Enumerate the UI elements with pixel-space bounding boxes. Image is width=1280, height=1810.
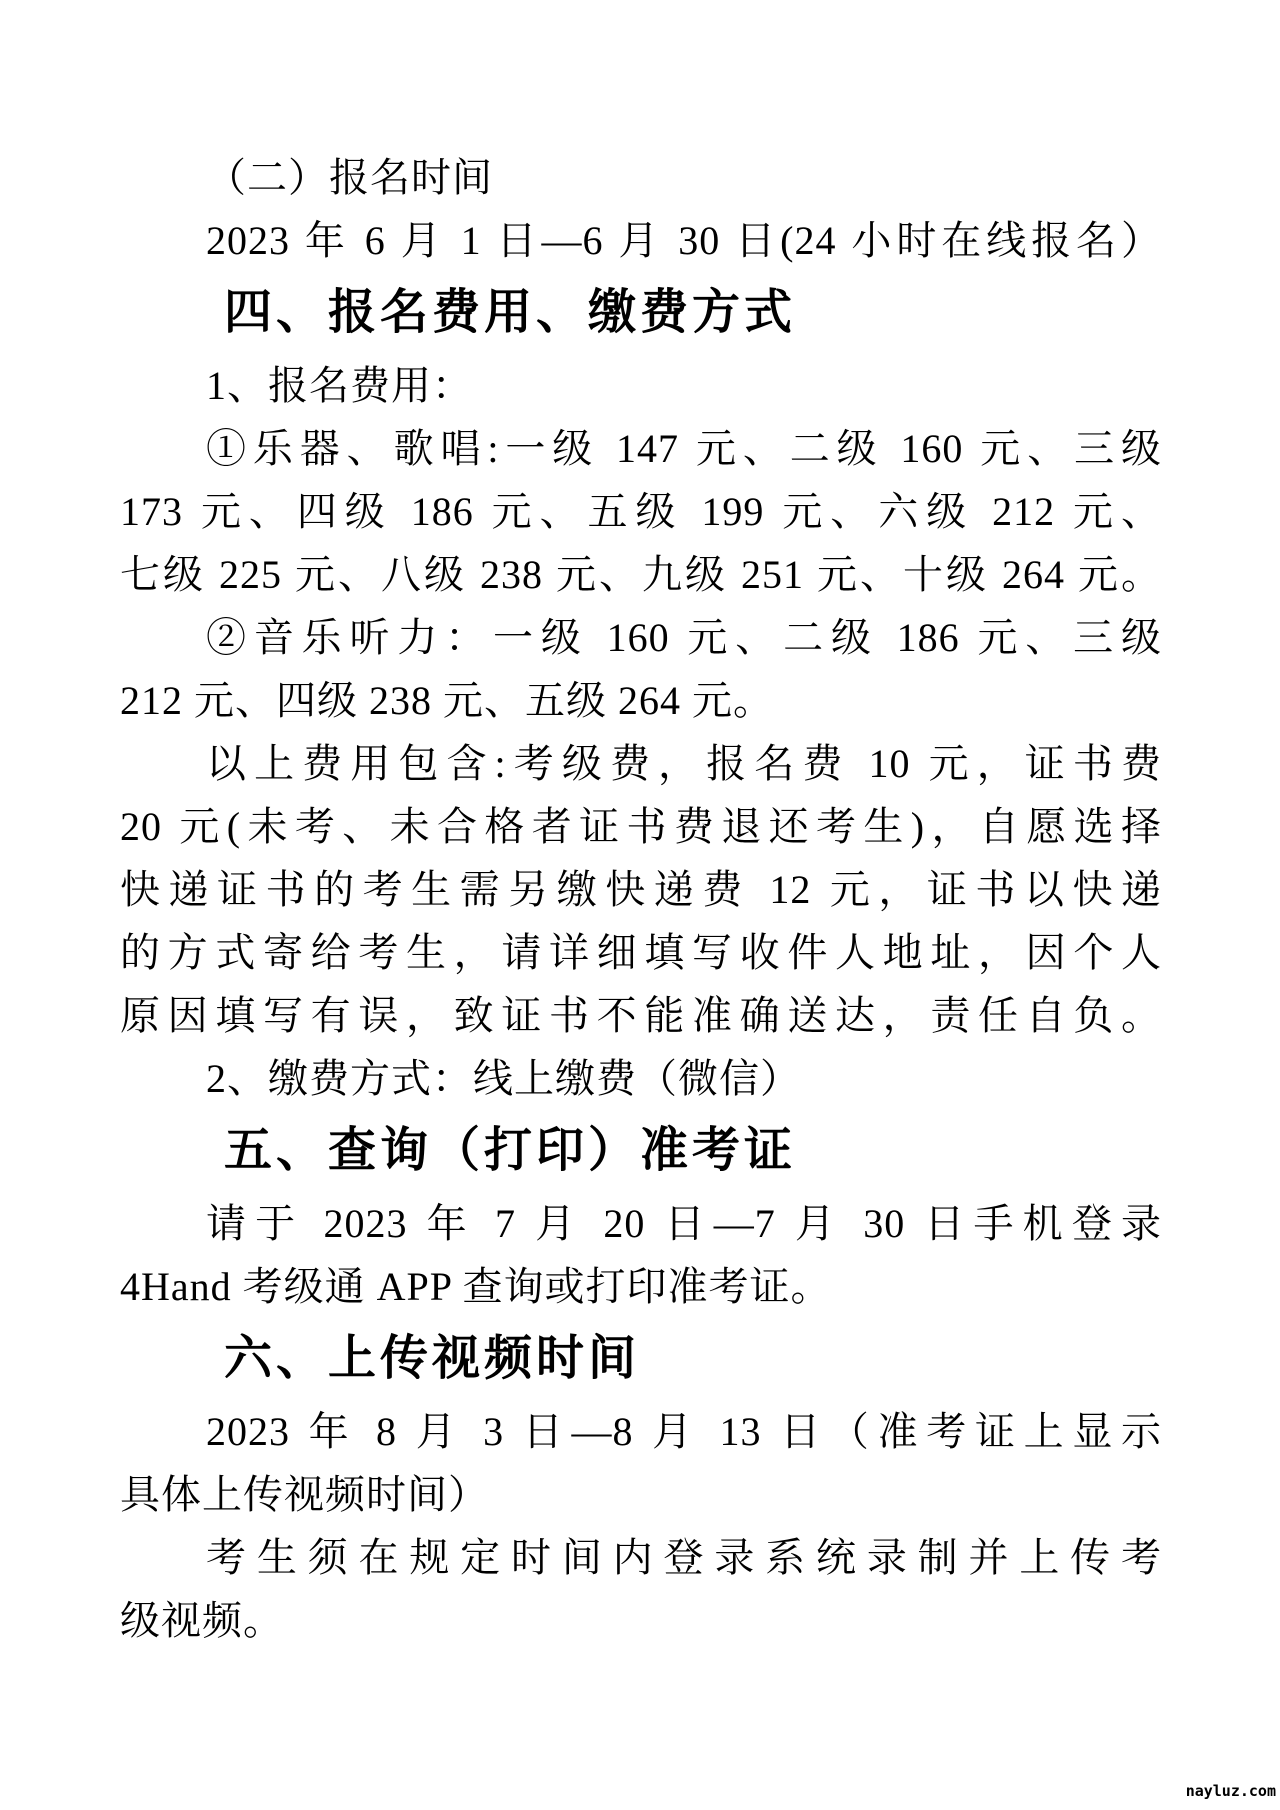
text-line: 七级 225 元、八级 238 元、九级 251 元、十级 264 元。 bbox=[120, 543, 1162, 606]
text-line: 的方式寄给考生，请详细填写收件人地址，因个人 bbox=[120, 921, 1162, 984]
watermark-text: nayluz.com bbox=[1186, 1782, 1276, 1800]
text-line: 级视频。 bbox=[120, 1589, 1162, 1652]
section-heading: 四、报名费用、缴费方式 bbox=[120, 272, 1162, 354]
text-line: ②音乐听力：一级 160 元、二级 186 元、三级 bbox=[120, 606, 1162, 669]
text-line: 1、报名费用： bbox=[120, 354, 1162, 417]
text-line: 原因填写有误，致证书不能准确送达，责任自负。 bbox=[120, 984, 1162, 1047]
text-line: 2023 年 6 月 1 日—6 月 30 日(24 小时在线报名） bbox=[120, 209, 1162, 272]
text-line: ①乐器、歌唱:一级 147 元、二级 160 元、三级 bbox=[120, 417, 1162, 480]
text-line: （二）报名时间 bbox=[120, 146, 1162, 209]
text-line: 请于 2023 年 7 月 20 日—7 月 30 日手机登录 bbox=[120, 1192, 1162, 1255]
document-body: （二）报名时间2023 年 6 月 1 日—6 月 30 日(24 小时在线报名… bbox=[120, 146, 1162, 1652]
section-heading: 六、上传视频时间 bbox=[120, 1318, 1162, 1400]
text-line: 20 元(未考、未合格者证书费退还考生)，自愿选择 bbox=[120, 795, 1162, 858]
text-line: 2、缴费方式：线上缴费（微信） bbox=[120, 1047, 1162, 1110]
document-page: （二）报名时间2023 年 6 月 1 日—6 月 30 日(24 小时在线报名… bbox=[0, 0, 1280, 1810]
text-line: 具体上传视频时间） bbox=[120, 1463, 1162, 1526]
text-line: 考生须在规定时间内登录系统录制并上传考 bbox=[120, 1526, 1162, 1589]
text-line: 2023 年 8 月 3 日—8 月 13 日（准考证上显示 bbox=[120, 1400, 1162, 1463]
text-line: 快递证书的考生需另缴快递费 12 元，证书以快递 bbox=[120, 858, 1162, 921]
section-heading: 五、查询（打印）准考证 bbox=[120, 1110, 1162, 1192]
text-line: 173 元、四级 186 元、五级 199 元、六级 212 元、 bbox=[120, 480, 1162, 543]
text-line: 4Hand 考级通 APP 查询或打印准考证。 bbox=[120, 1255, 1162, 1318]
text-line: 212 元、四级 238 元、五级 264 元。 bbox=[120, 669, 1162, 732]
text-line: 以上费用包含:考级费，报名费 10 元，证书费 bbox=[120, 732, 1162, 795]
